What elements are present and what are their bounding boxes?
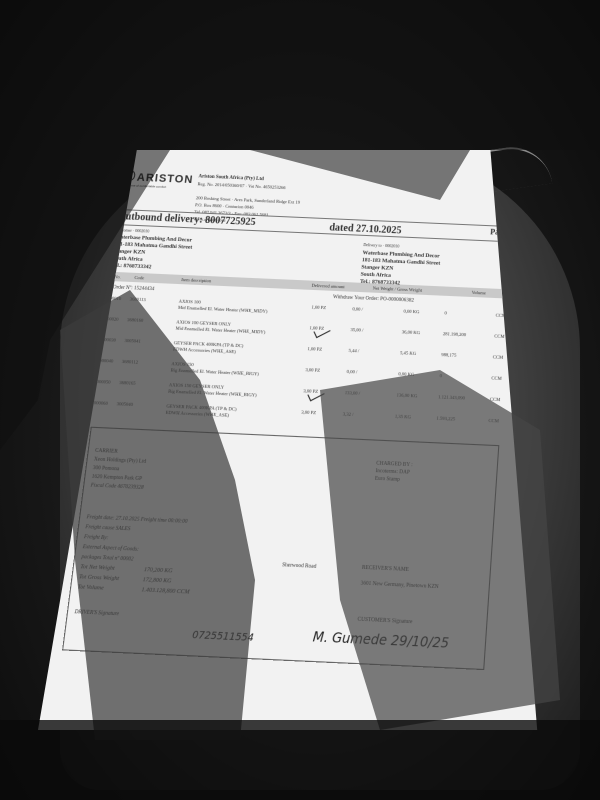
volume-unit: CCM bbox=[493, 354, 504, 360]
handwritten-phone: 0725511554 bbox=[192, 630, 255, 644]
receiver-block: RECEIVER'S NAME 3601 New Germany, Pineto… bbox=[360, 561, 440, 596]
volume: 1.121.343,090 bbox=[438, 394, 465, 401]
net-weight: 0,00 / bbox=[346, 369, 357, 375]
volume-unit: CCM bbox=[491, 375, 502, 381]
item-category: Big Enamelled El. Water Heater (WHE_BIGY… bbox=[168, 388, 257, 397]
order-number: Order Nº: 15244434 bbox=[112, 285, 154, 292]
ariston-logo-icon bbox=[122, 169, 136, 181]
item-code: 3680160 bbox=[127, 317, 144, 323]
volume-unit: CCM bbox=[494, 333, 505, 339]
item-category: Mid Enamelled El. Water Heater (WHE_MIDY… bbox=[178, 305, 268, 314]
item-name: AXIOS 150 bbox=[171, 361, 194, 367]
gross-weight: 36,00 KG bbox=[402, 329, 421, 335]
delivery-items-table: 0000103680113AXIOS 1001,00 PZ0,00 /0,00 … bbox=[126, 150, 526, 167]
totals-block: Tot Net Weight170,200 KGTot Gross Weight… bbox=[77, 563, 192, 598]
charged-by-block: CHARGED BY : Incoterms: DAP Euro Stamp bbox=[375, 460, 413, 484]
volume: 988,175 bbox=[441, 352, 456, 358]
item-code: 3005040 bbox=[116, 401, 133, 407]
volume: 1.593,225 bbox=[436, 415, 455, 421]
net-weight: 35,00 / bbox=[350, 327, 363, 333]
item-code: 3680112 bbox=[122, 359, 139, 365]
gross-weight: 136,00 KG bbox=[396, 392, 417, 398]
delivered-amount: 1,00 PZ bbox=[311, 304, 326, 310]
gross-weight: 5,45 KG bbox=[400, 350, 416, 356]
destination-road: Sherwood Road bbox=[282, 563, 317, 570]
carrier-block: CARRIER Xeon Holdings (Pty) Ltd 300 Pomo… bbox=[90, 447, 148, 493]
gross-weight: 1,35 KG bbox=[395, 414, 412, 420]
your-order: Withdraw Your Order: PO-0000006382 bbox=[333, 295, 414, 304]
ariston-logo: ARISTON The home of comfortable comfort bbox=[122, 169, 195, 190]
item-number: 000060 bbox=[94, 400, 109, 406]
table-header: No. Code Item description Delivered amou… bbox=[110, 272, 518, 299]
freight-block: Freight date: 27.10.2025 Freight time 00… bbox=[81, 513, 188, 568]
item-code: 3005041 bbox=[124, 338, 141, 344]
item-number: 000050 bbox=[96, 379, 111, 385]
item-name: AXIOS 100 bbox=[178, 299, 201, 305]
volume-unit: CCM bbox=[488, 418, 499, 424]
delivered-amount: 3,00 PZ bbox=[305, 367, 320, 373]
gross-weight: 0,00 KG bbox=[398, 371, 414, 377]
delivered-amount: 1,00 PZ bbox=[307, 346, 322, 352]
item-code: 3680113 bbox=[129, 296, 146, 302]
gross-weight: 0,00 KG bbox=[403, 308, 419, 314]
item-category: Mid Enamelled El. Water Heater (WHE_MIDY… bbox=[175, 325, 265, 334]
driver-signature-label: DRIVER'S Signature bbox=[74, 610, 119, 618]
volume-unit: CCM bbox=[490, 396, 501, 402]
net-weight: 3,32 / bbox=[343, 411, 354, 417]
customer-address: Waterbase Plumbing And Decor181-183 Maha… bbox=[111, 234, 193, 273]
customer-signature: M. Gumede 29/10/25 bbox=[312, 629, 449, 651]
net-weight: 133,00 / bbox=[345, 390, 361, 396]
volume: 0 bbox=[439, 373, 442, 378]
delivered-amount: 3,00 PZ bbox=[301, 409, 316, 415]
volume: 281.198,200 bbox=[443, 331, 467, 337]
item-category: Big Enamelled El. Water Heater (WHE_BIGY… bbox=[170, 367, 259, 376]
customer-signature-label: CUSTOMER'S Signature bbox=[357, 617, 412, 625]
shipping-details-box: CARRIER Xeon Holdings (Pty) Ltd 300 Pomo… bbox=[62, 427, 499, 670]
net-weight: 5,44 / bbox=[348, 348, 359, 354]
net-weight: 0,00 / bbox=[352, 306, 363, 312]
item-code: 3680165 bbox=[119, 380, 136, 386]
delivery-label: Delivery to · 0002010 bbox=[363, 242, 399, 249]
volume: 0 bbox=[444, 310, 447, 315]
